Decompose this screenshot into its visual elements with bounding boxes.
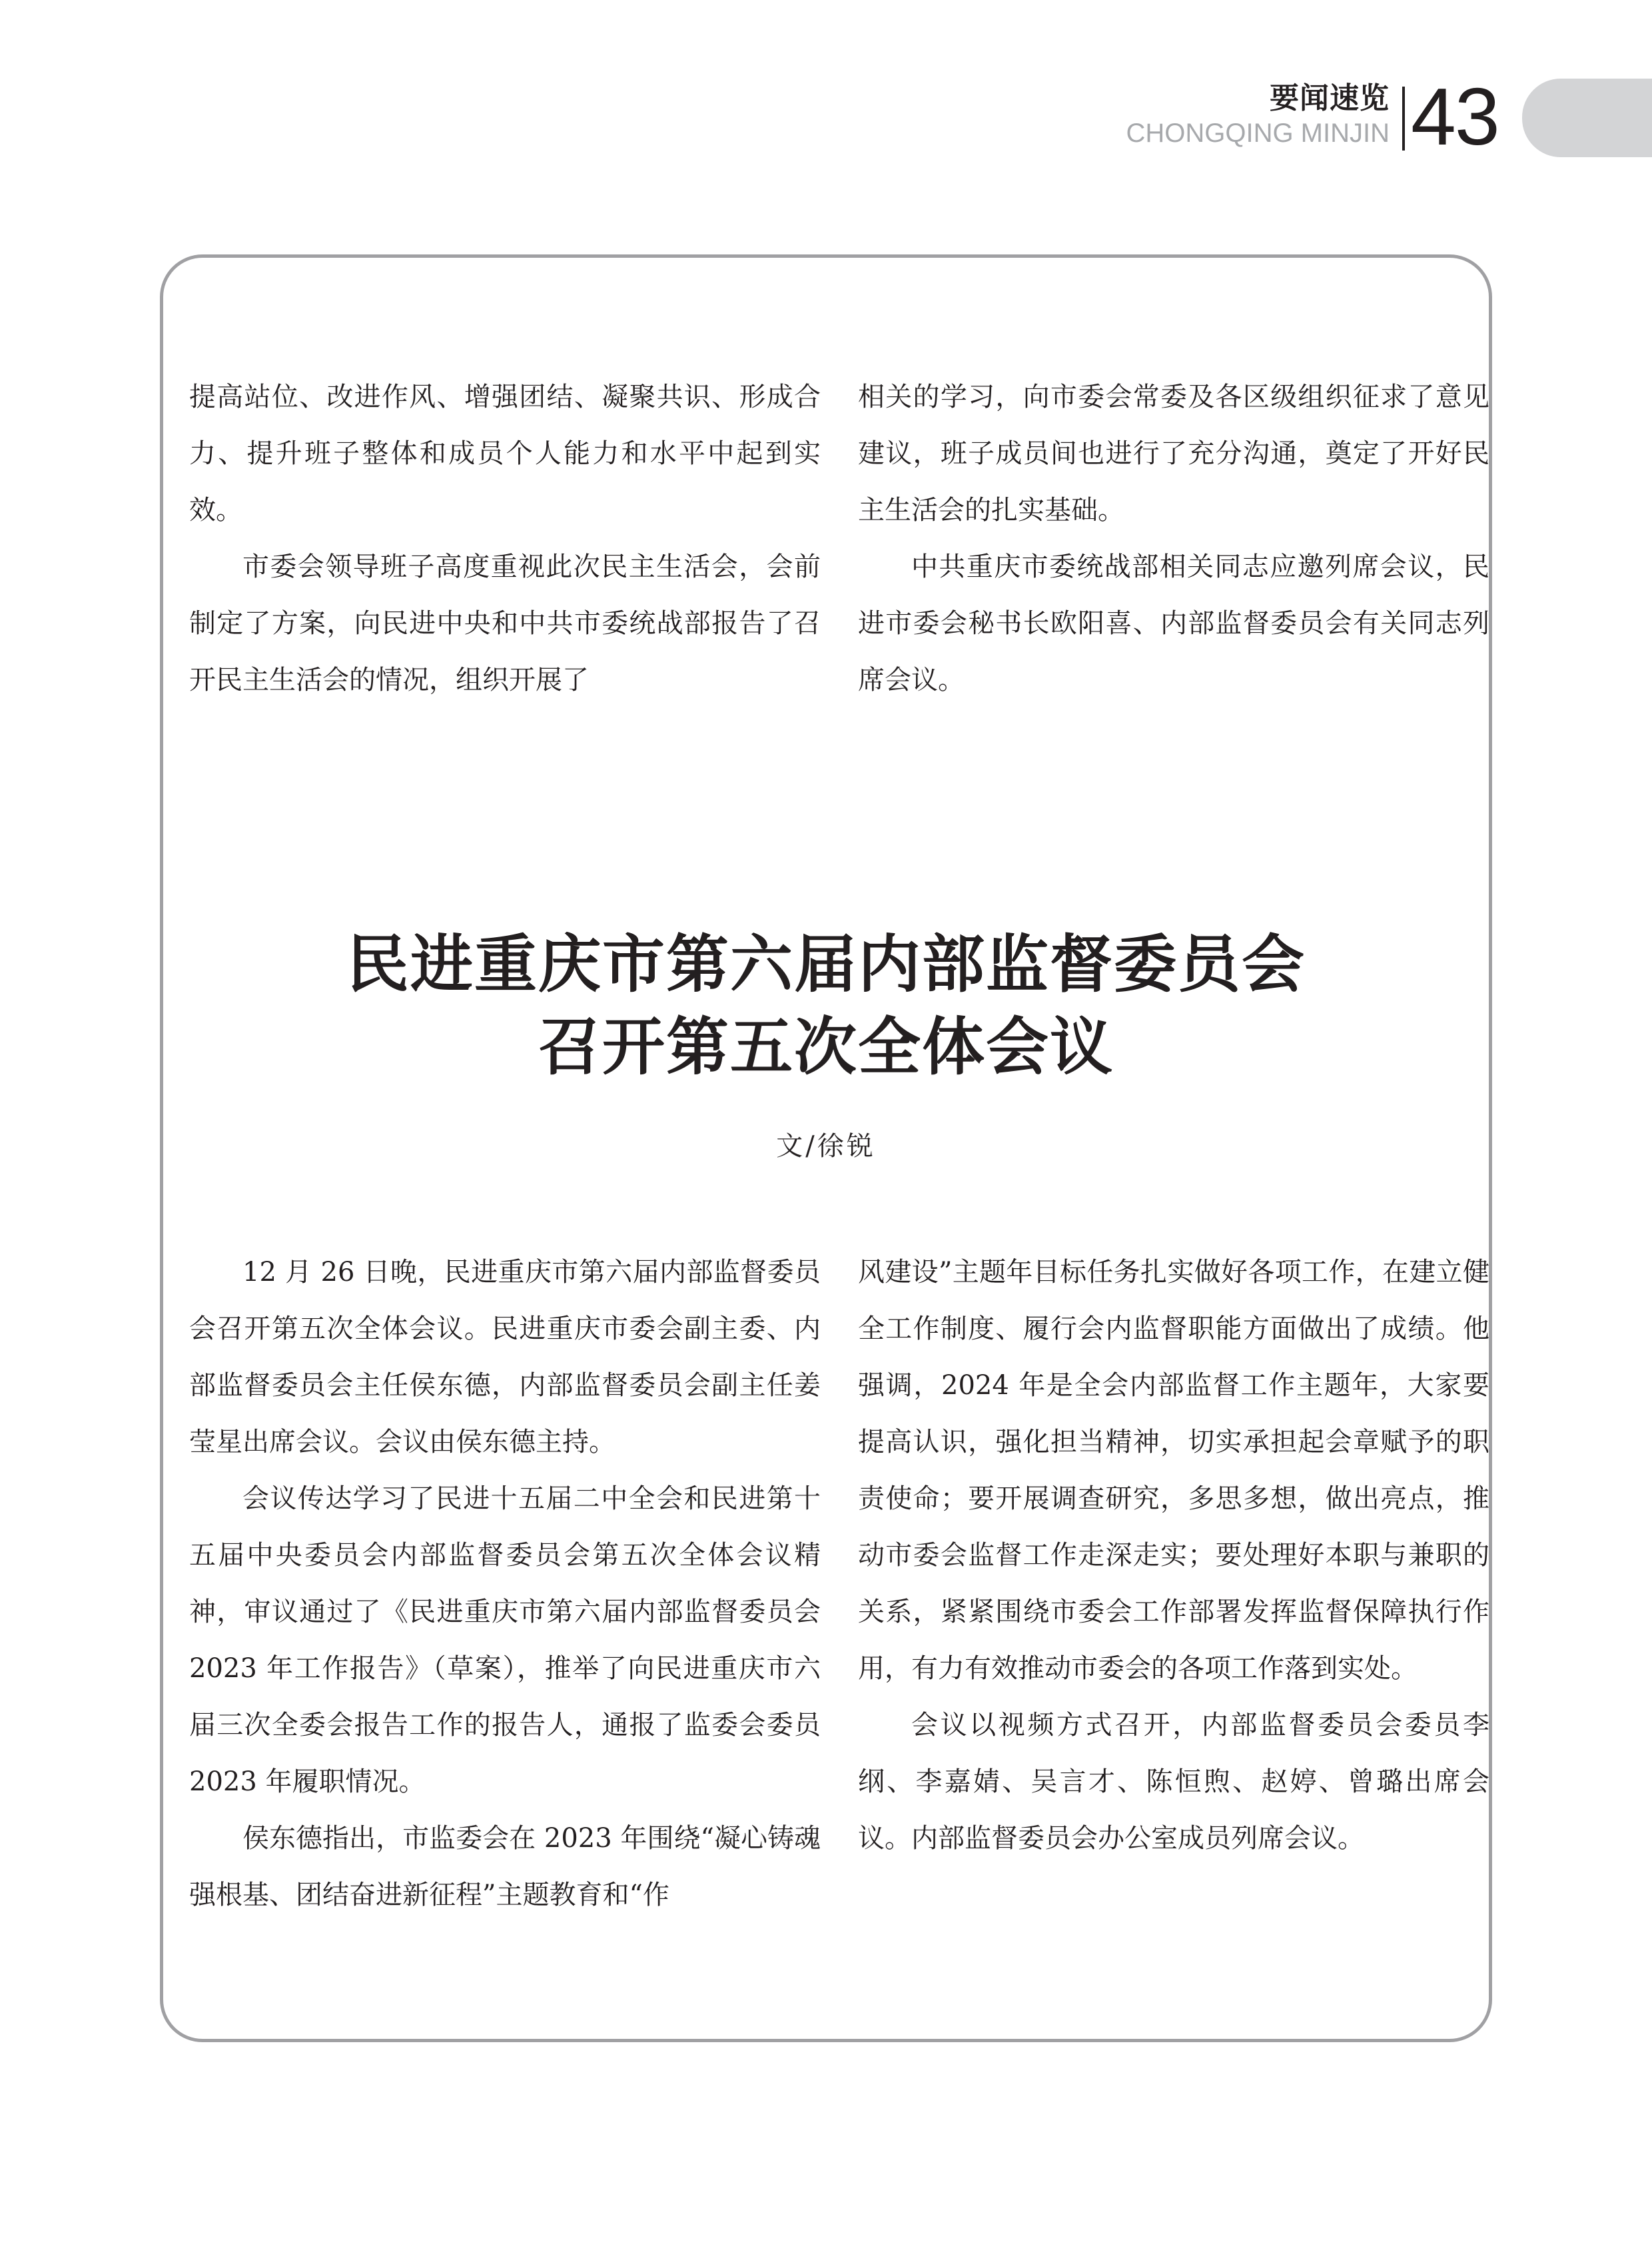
article-title-line-1: 民进重庆市第六届内部监督委员会 (0, 925, 1652, 1006)
magazine-name: CHONGQING MINJIN (1126, 117, 1390, 149)
paragraph: 市委会领导班子高度重视此次民主生活会，会前制定了方案，向民进中央和中共市委统战部… (189, 539, 821, 709)
article-title-line-2: 召开第五次全体会议 (0, 1007, 1652, 1088)
page-number: 43 (1411, 73, 1499, 160)
paragraph: 提高站位、改进作风、增强团结、凝聚共识、形成合力、提升班子整体和成员个人能力和水… (189, 369, 821, 539)
section-title: 要闻速览 (1126, 81, 1390, 116)
continued-article-right-column: 相关的学习，向市委会常委及各区级组织征求了意见建议，班子成员间也进行了充分沟通，… (858, 369, 1489, 709)
paragraph: 会议传达学习了民进十五届二中全会和民进第十五届中央委员会内部监督委员会第五次全体… (189, 1471, 821, 1810)
paragraph: 风建设”主题年目标任务扎实做好各项工作，在建立健全工作制度、履行会内监督职能方面… (858, 1244, 1489, 1697)
paragraph: 侯东德指出，市监委会在 2023 年围绕“凝心铸魂强根基、团结奋进新征程”主题教… (189, 1810, 821, 1924)
article-byline: 文/徐锐 (0, 1130, 1652, 1163)
article-right-column: 风建设”主题年目标任务扎实做好各项工作，在建立健全工作制度、履行会内监督职能方面… (858, 1244, 1489, 1867)
article-left-column: 12 月 26 日晚，民进重庆市第六届内部监督委员会召开第五次全体会议。民进重庆… (189, 1244, 821, 1924)
paragraph: 会议以视频方式召开，内部监督委员会委员李纲、李嘉婧、吴言才、陈恒煦、赵婷、曾璐出… (858, 1697, 1489, 1867)
paragraph: 中共重庆市委统战部相关同志应邀列席会议，民进市委会秘书长欧阳喜、内部监督委员会有… (858, 539, 1489, 709)
paragraph: 相关的学习，向市委会常委及各区级组织征求了意见建议，班子成员间也进行了充分沟通，… (858, 369, 1489, 539)
header-divider (1402, 87, 1405, 151)
page-tab-decoration (1522, 79, 1652, 157)
paragraph: 12 月 26 日晚，民进重庆市第六届内部监督委员会召开第五次全体会议。民进重庆… (189, 1244, 821, 1471)
continued-article-left-column: 提高站位、改进作风、增强团结、凝聚共识、形成合力、提升班子整体和成员个人能力和水… (189, 369, 821, 709)
running-header: 要闻速览 CHONGQING MINJIN (1126, 81, 1390, 149)
